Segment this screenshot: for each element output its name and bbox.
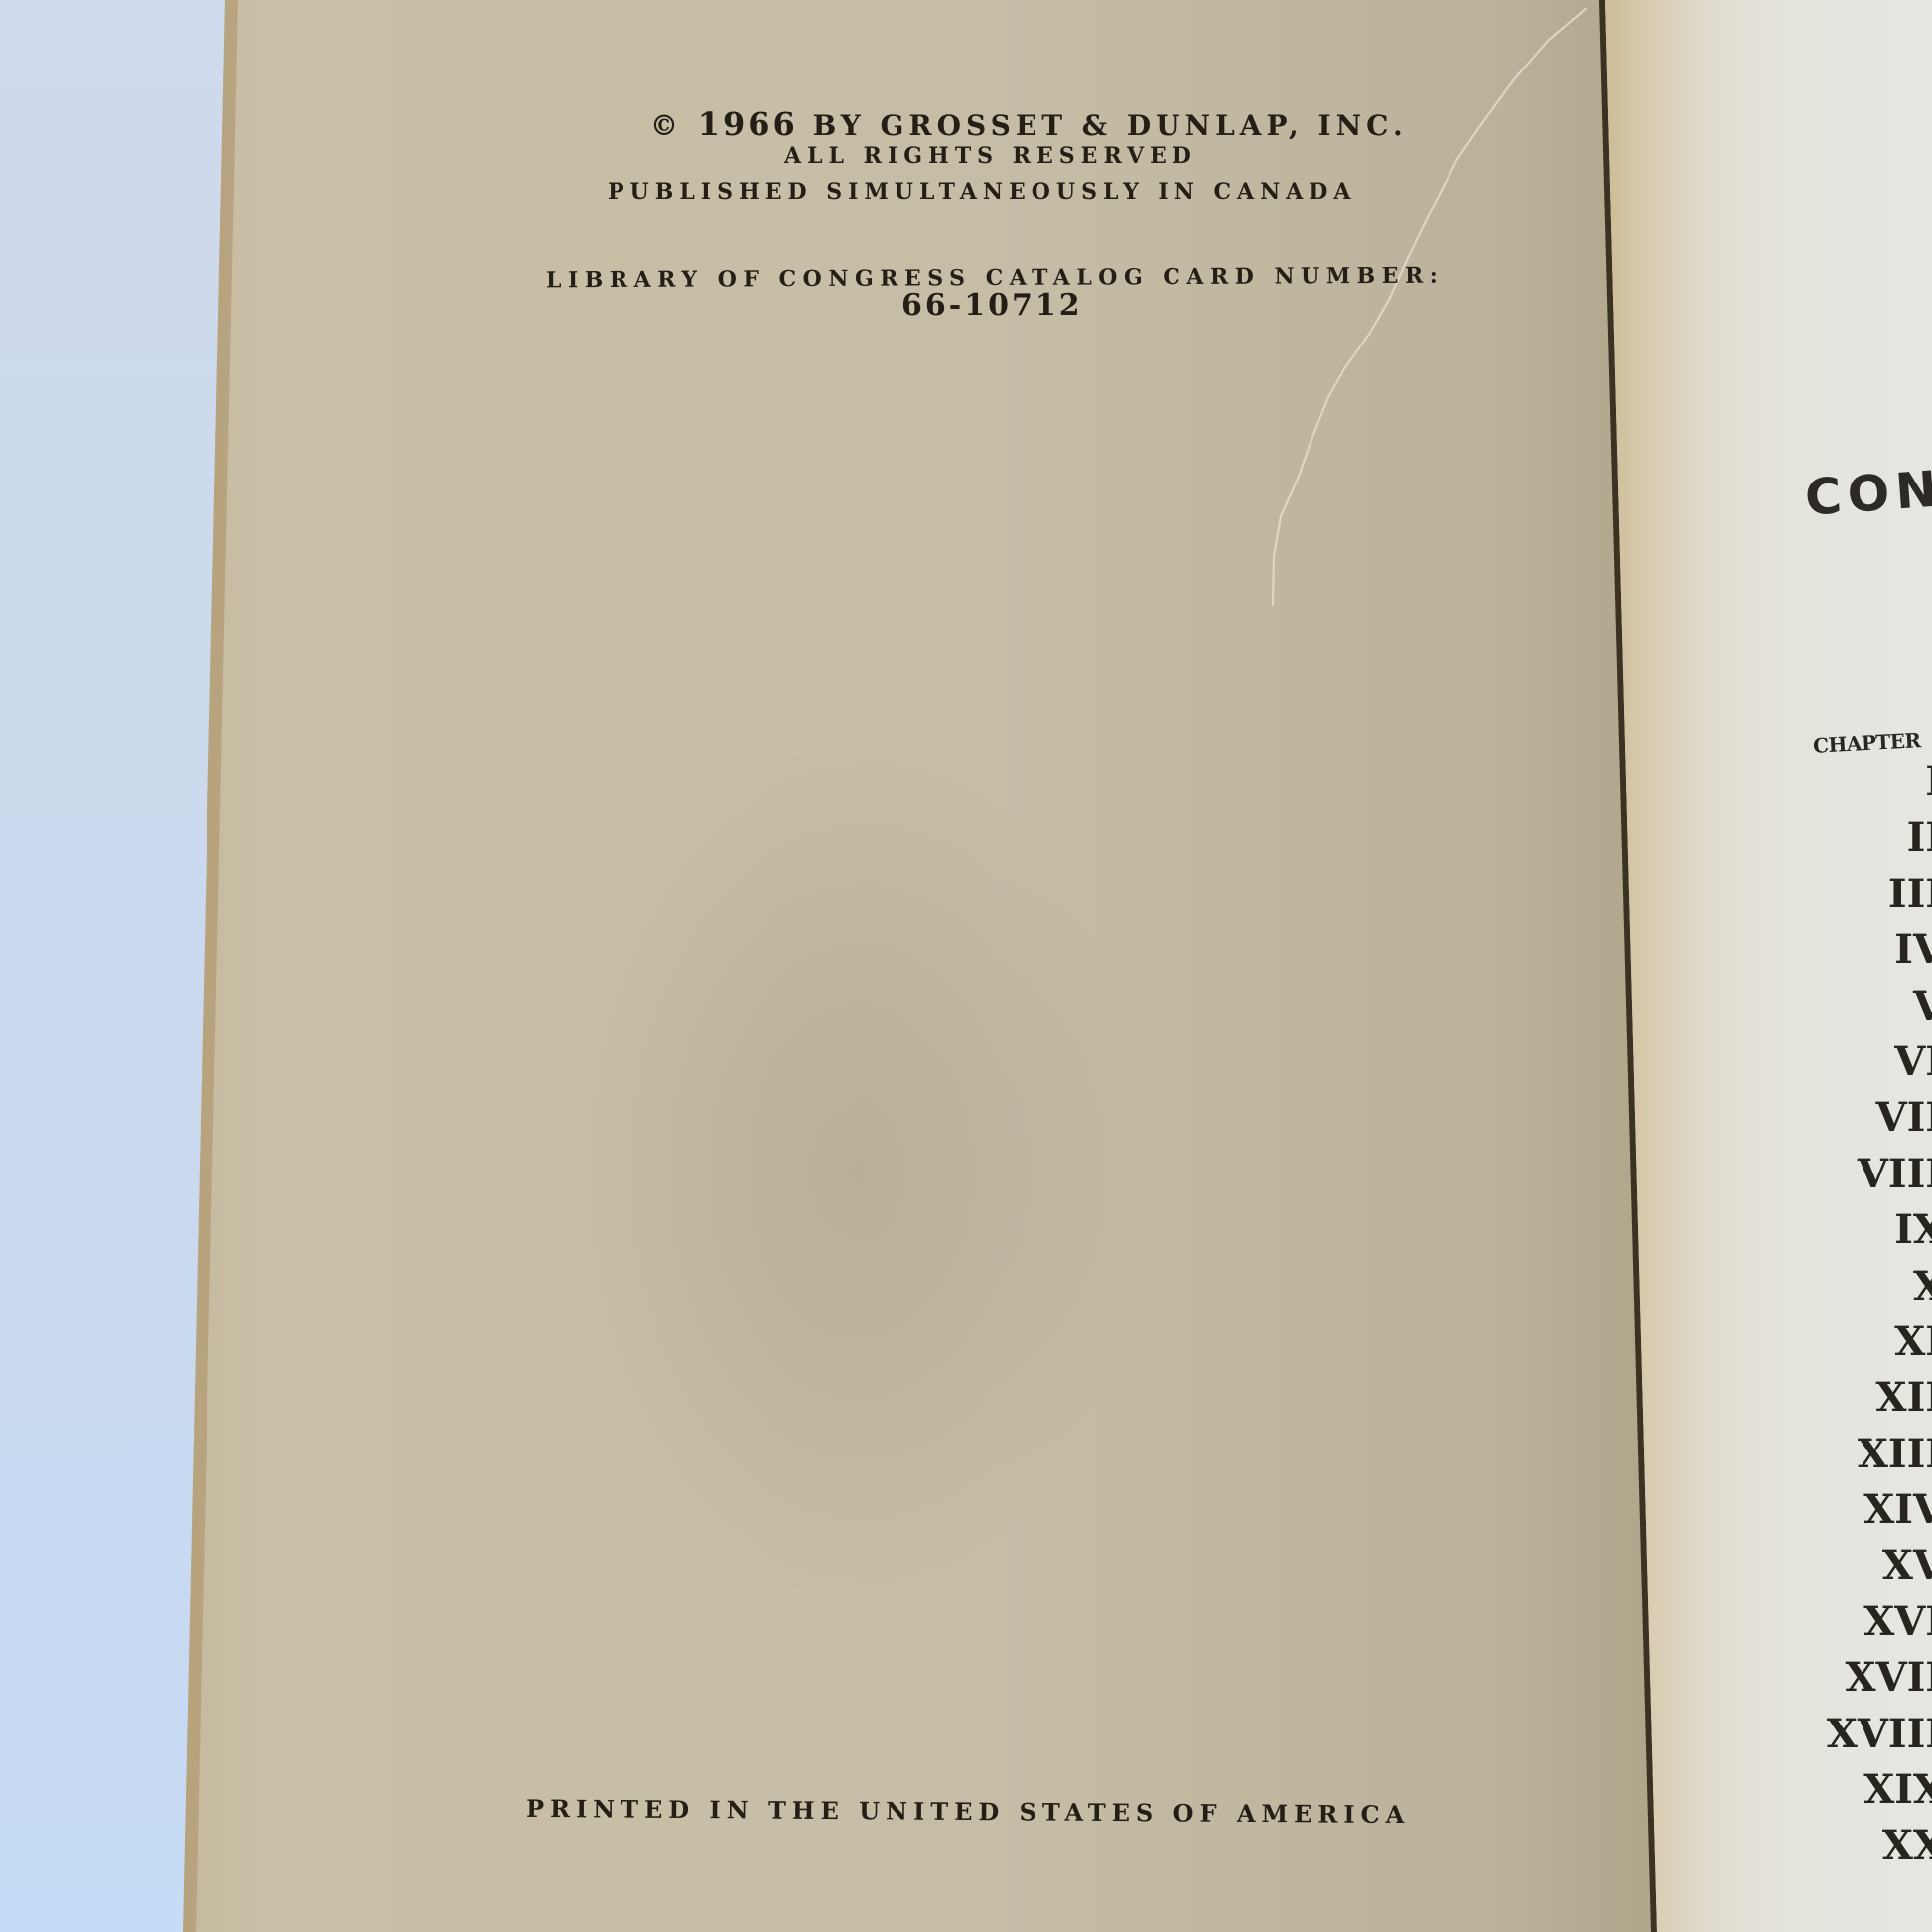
catalog-card-number: 66-10712 [901,288,1083,323]
chapter-number: XII [1745,1370,1932,1426]
chapter-number: XX [1745,1818,1932,1873]
chapter-number: X [1745,1259,1932,1314]
copyright-holder: BY GROSSET & DUNLAP, INC. [813,109,1408,142]
chapter-number: VI [1745,1035,1932,1090]
copyright-year: 1966 [698,105,798,143]
rights-reserved: ALL RIGHTS RESERVED [784,143,1197,169]
contents-heading: CON [1803,460,1932,527]
chapter-list: I II III IV V VI VII VIII IX X XI XII XI… [1745,755,1932,1874]
chapter-number: II [1745,810,1932,866]
chapter-number: IX [1745,1202,1932,1258]
chapter-number: V [1745,979,1932,1035]
chapter-number: VIII [1745,1147,1932,1202]
published-canada: PUBLISHED SIMULTANEOUSLY IN CANADA [608,179,1356,205]
chapter-number: XV [1745,1538,1932,1593]
chapter-number: IV [1745,922,1932,978]
chapter-number: XIII [1745,1427,1932,1482]
chapter-number: I [1745,755,1932,810]
copyright-line: © 1966 BY GROSSET & DUNLAP, INC. [650,105,1408,143]
chapter-number: XVIII [1745,1707,1932,1762]
chapter-number: VII [1745,1090,1932,1146]
printed-in-usa: PRINTED IN THE UNITED STATES OF AMERICA [526,1794,1410,1829]
copyright-symbol: © [650,109,683,142]
chapter-number: XIV [1745,1482,1932,1538]
chapter-number: XI [1745,1314,1932,1370]
chapter-number: XIX [1745,1762,1932,1818]
chapter-number: XVI [1745,1594,1932,1650]
chapter-number: III [1745,867,1932,922]
chapter-number: XVII [1745,1650,1932,1706]
